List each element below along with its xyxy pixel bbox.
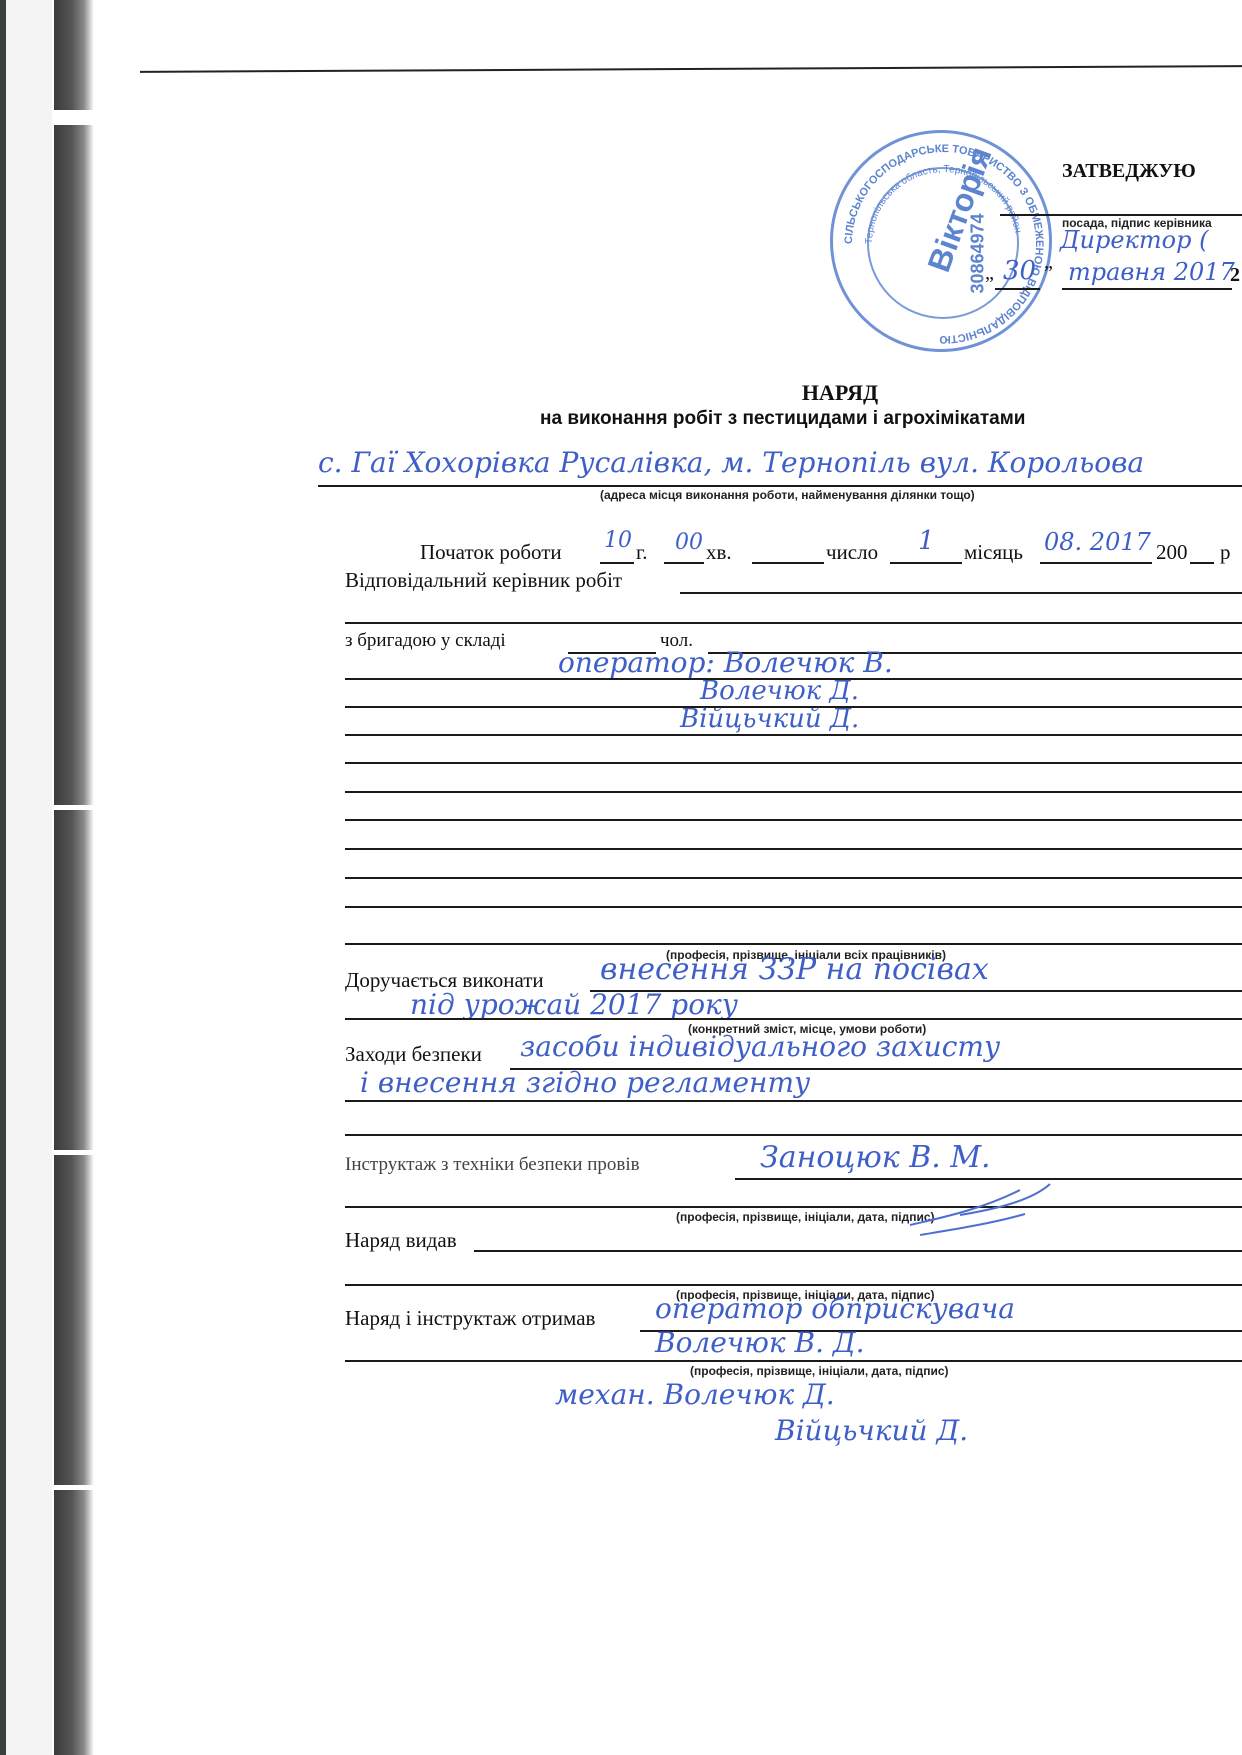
start-hour-unit: г. [636,540,648,565]
start-minute-line [664,562,704,564]
start-minute-unit: хв. [706,540,732,565]
start-minute-value: 00 [675,530,703,555]
briefing-value: Заноцюк В. М. [760,1140,991,1175]
received-extra-line-1: механ. Волечюк Д. [555,1378,835,1411]
safety-value-line-2: і внесення згідно регламенту [360,1066,810,1099]
approval-year-prefix: 2 [1230,264,1240,287]
approval-position-value: Директор ( [1060,226,1208,254]
manager-line [680,592,1242,594]
received-value-line-1: оператор обприскувача [655,1292,1015,1325]
briefing-caption: (професія, прізвище, ініціали, дата, під… [676,1210,935,1224]
approval-title: ЗАТВЕДЖУЮ [1062,160,1196,183]
binding-strip [54,1155,94,1485]
document-subtitle: на виконання робіт з пестицидами і агрох… [540,408,1025,430]
manager-label: Відповідальний керівник робіт [345,568,622,593]
brigade-line [345,734,1242,736]
brigade-line [345,906,1242,908]
scan-margin [6,0,52,1755]
approval-month-line [1062,288,1232,290]
brigade-label: з бригадою у складі [345,630,506,652]
task-line [345,1018,1242,1020]
received-value-line-2: Волечюк В. Д. [655,1326,865,1359]
manager-line-2 [345,622,1242,624]
brigade-member: Війцьчкий Д. [680,704,859,734]
approval-day-suffix: ” [1044,262,1053,285]
binding-strip [54,125,94,805]
issued-label: Наряд видав [345,1228,457,1253]
brigade-line [345,943,1242,945]
briefing-label: Інструктаж з техніки безпеки провів [345,1154,640,1176]
address-value: с. Гаї Хохорівка Русалівка, м. Тернопіль… [318,446,1144,479]
start-month-label: місяць [964,540,1023,565]
brigade-line [345,791,1242,793]
brigade-line [345,762,1242,764]
company-stamp: СІЛЬСЬКОГОСПОДАРСЬКЕ ТОВАРИСТВО З ОБМЕЖЕ… [830,130,1052,352]
start-year-suffix: р [1220,540,1231,565]
brigade-member: оператор: Волечюк В. [558,646,893,679]
start-year-label: 200 [1156,540,1188,565]
briefing-signature-icon [900,1180,1060,1240]
start-day-line [890,562,962,564]
issued-line [474,1250,1242,1252]
start-blank-line [752,562,824,564]
brigade-line [345,877,1242,879]
start-day-label: число [826,540,878,565]
address-caption: (адреса місця виконання роботи, найменув… [600,488,975,502]
task-value-line-1: внесення ЗЗР на посівах [600,952,989,987]
binding-strip [54,1490,94,1755]
brigade-line [345,848,1242,850]
safety-line [345,1134,1242,1136]
document-title: НАРЯД [0,380,1242,406]
approval-month-value: травня 2017 [1068,258,1235,286]
received-caption: (професія, прізвище, ініціали, дата, під… [690,1364,949,1378]
received-extra-line-2: Війцьчкий Д. [775,1414,968,1447]
start-hour-line [600,562,634,564]
start-label: Початок роботи [420,540,562,565]
safety-line [345,1100,1242,1102]
brigade-member: Волечюк Д. [700,676,859,706]
safety-label: Заходи безпеки [345,1042,482,1067]
safety-value-line-1: засоби індивідуального захисту [520,1030,1000,1063]
approval-day-value: 30 [1003,256,1036,286]
start-month-value: 08. 2017 [1044,528,1151,556]
start-day-value: 1 [918,526,935,556]
received-line [345,1360,1242,1362]
task-value-line-2: під урожай 2017 року [410,988,738,1021]
brigade-line [345,819,1242,821]
approval-day-prefix: „ [985,262,994,285]
received-label: Наряд і інструктаж отримав [345,1306,595,1331]
issued-line [345,1284,1242,1286]
binding-strip [54,0,94,110]
briefing-line [345,1206,1242,1208]
address-line [318,485,1242,487]
start-hour-value: 10 [604,528,632,553]
approval-day-line [995,288,1040,290]
start-month-line [1040,562,1152,564]
start-year-line [1190,562,1214,564]
top-rule [140,65,1242,73]
binding-strip [54,810,94,1150]
